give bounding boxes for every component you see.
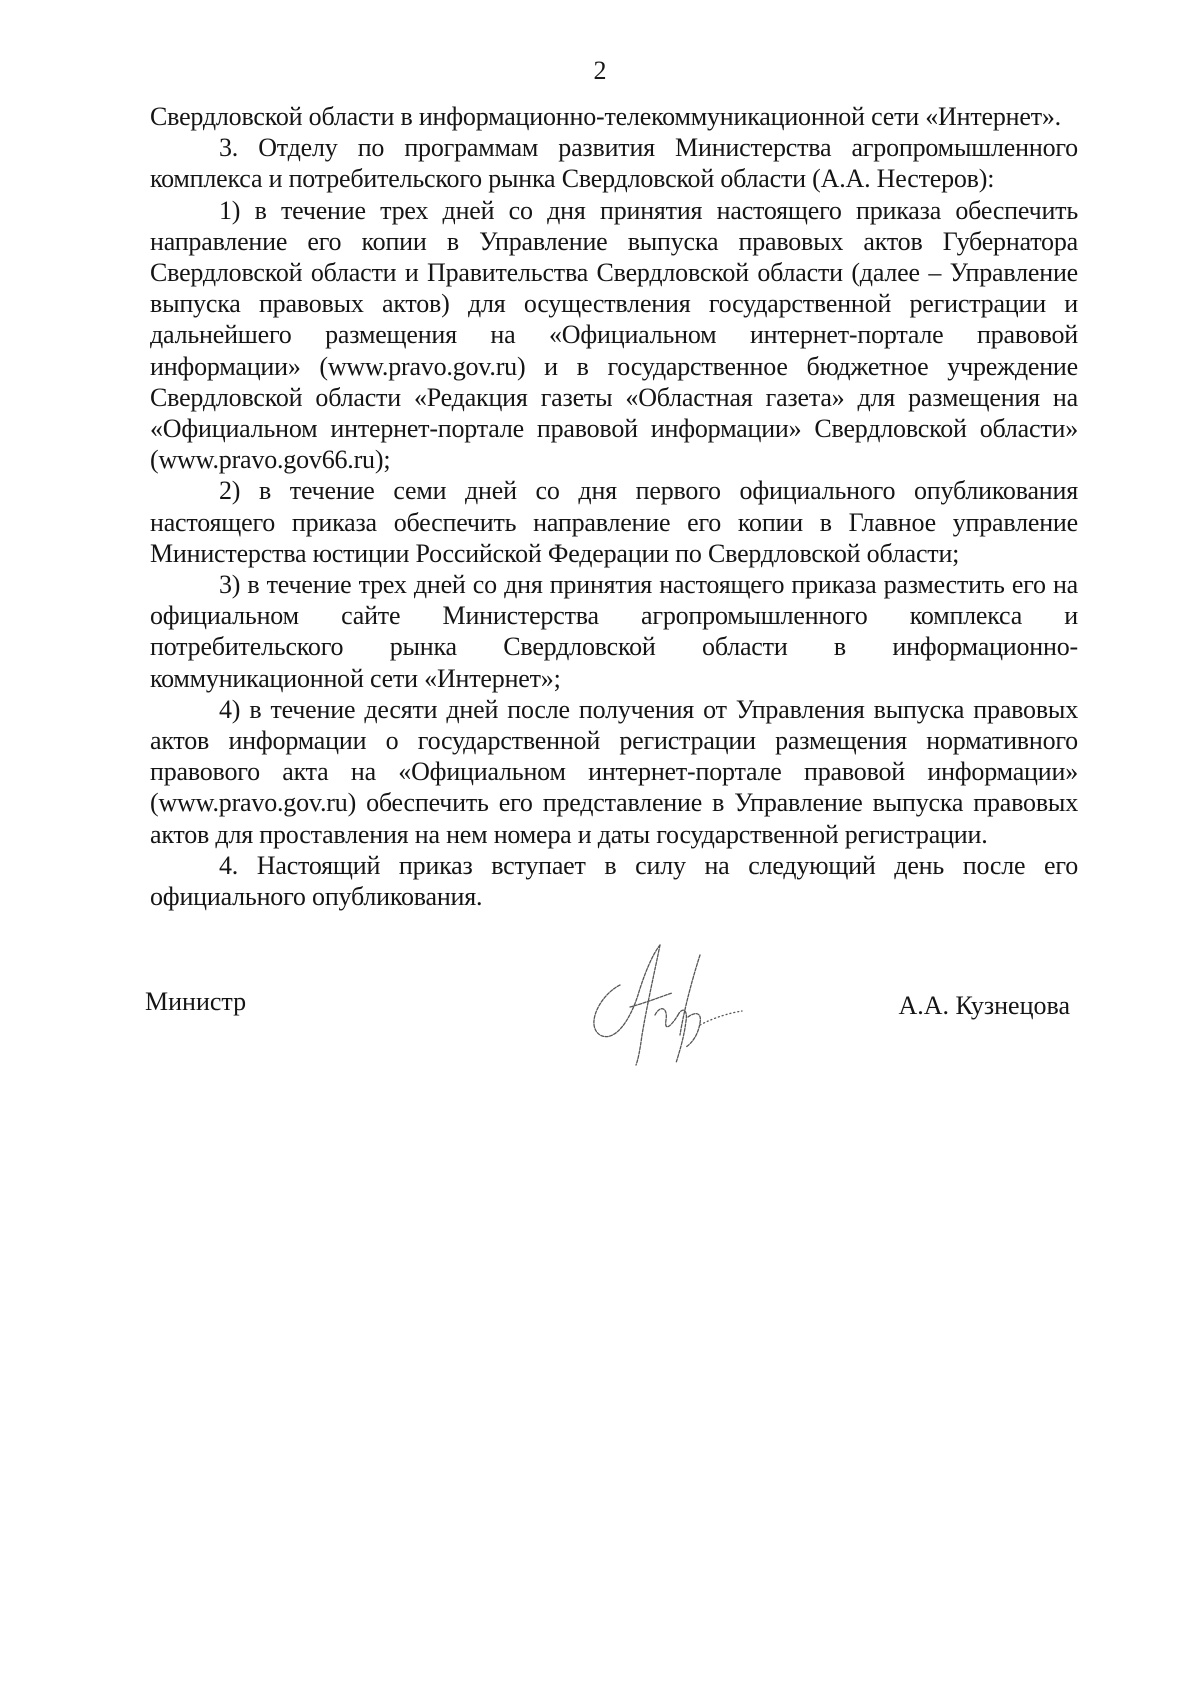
paragraph-item-4: 4. Настоящий приказ вступает в силу на с…	[150, 850, 1078, 912]
handwritten-signature-icon	[560, 925, 750, 1075]
document-page: 2 Свердловской области в информационно-т…	[0, 0, 1200, 1697]
paragraph-item-3: 3. Отделу по программам развития Министе…	[150, 132, 1078, 194]
document-body: Свердловской области в информационно-тел…	[150, 101, 1078, 912]
paragraph-item-3-4: 4) в течение десяти дней после получения…	[150, 694, 1078, 850]
signer-name: А.А. Кузнецова	[898, 991, 1070, 1021]
paragraph-item-3-2: 2) в течение семи дней со дня первого оф…	[150, 475, 1078, 569]
signature-block: Министр А.А. Кузнецова	[145, 975, 1070, 1075]
paragraph-item-3-1: 1) в течение трех дней со дня принятия н…	[150, 195, 1078, 476]
page-number: 2	[0, 56, 1200, 86]
paragraph-item-3-3: 3) в течение трех дней со дня принятия н…	[150, 569, 1078, 694]
paragraph-continuation: Свердловской области в информационно-тел…	[150, 101, 1078, 132]
signer-title: Министр	[145, 987, 246, 1017]
